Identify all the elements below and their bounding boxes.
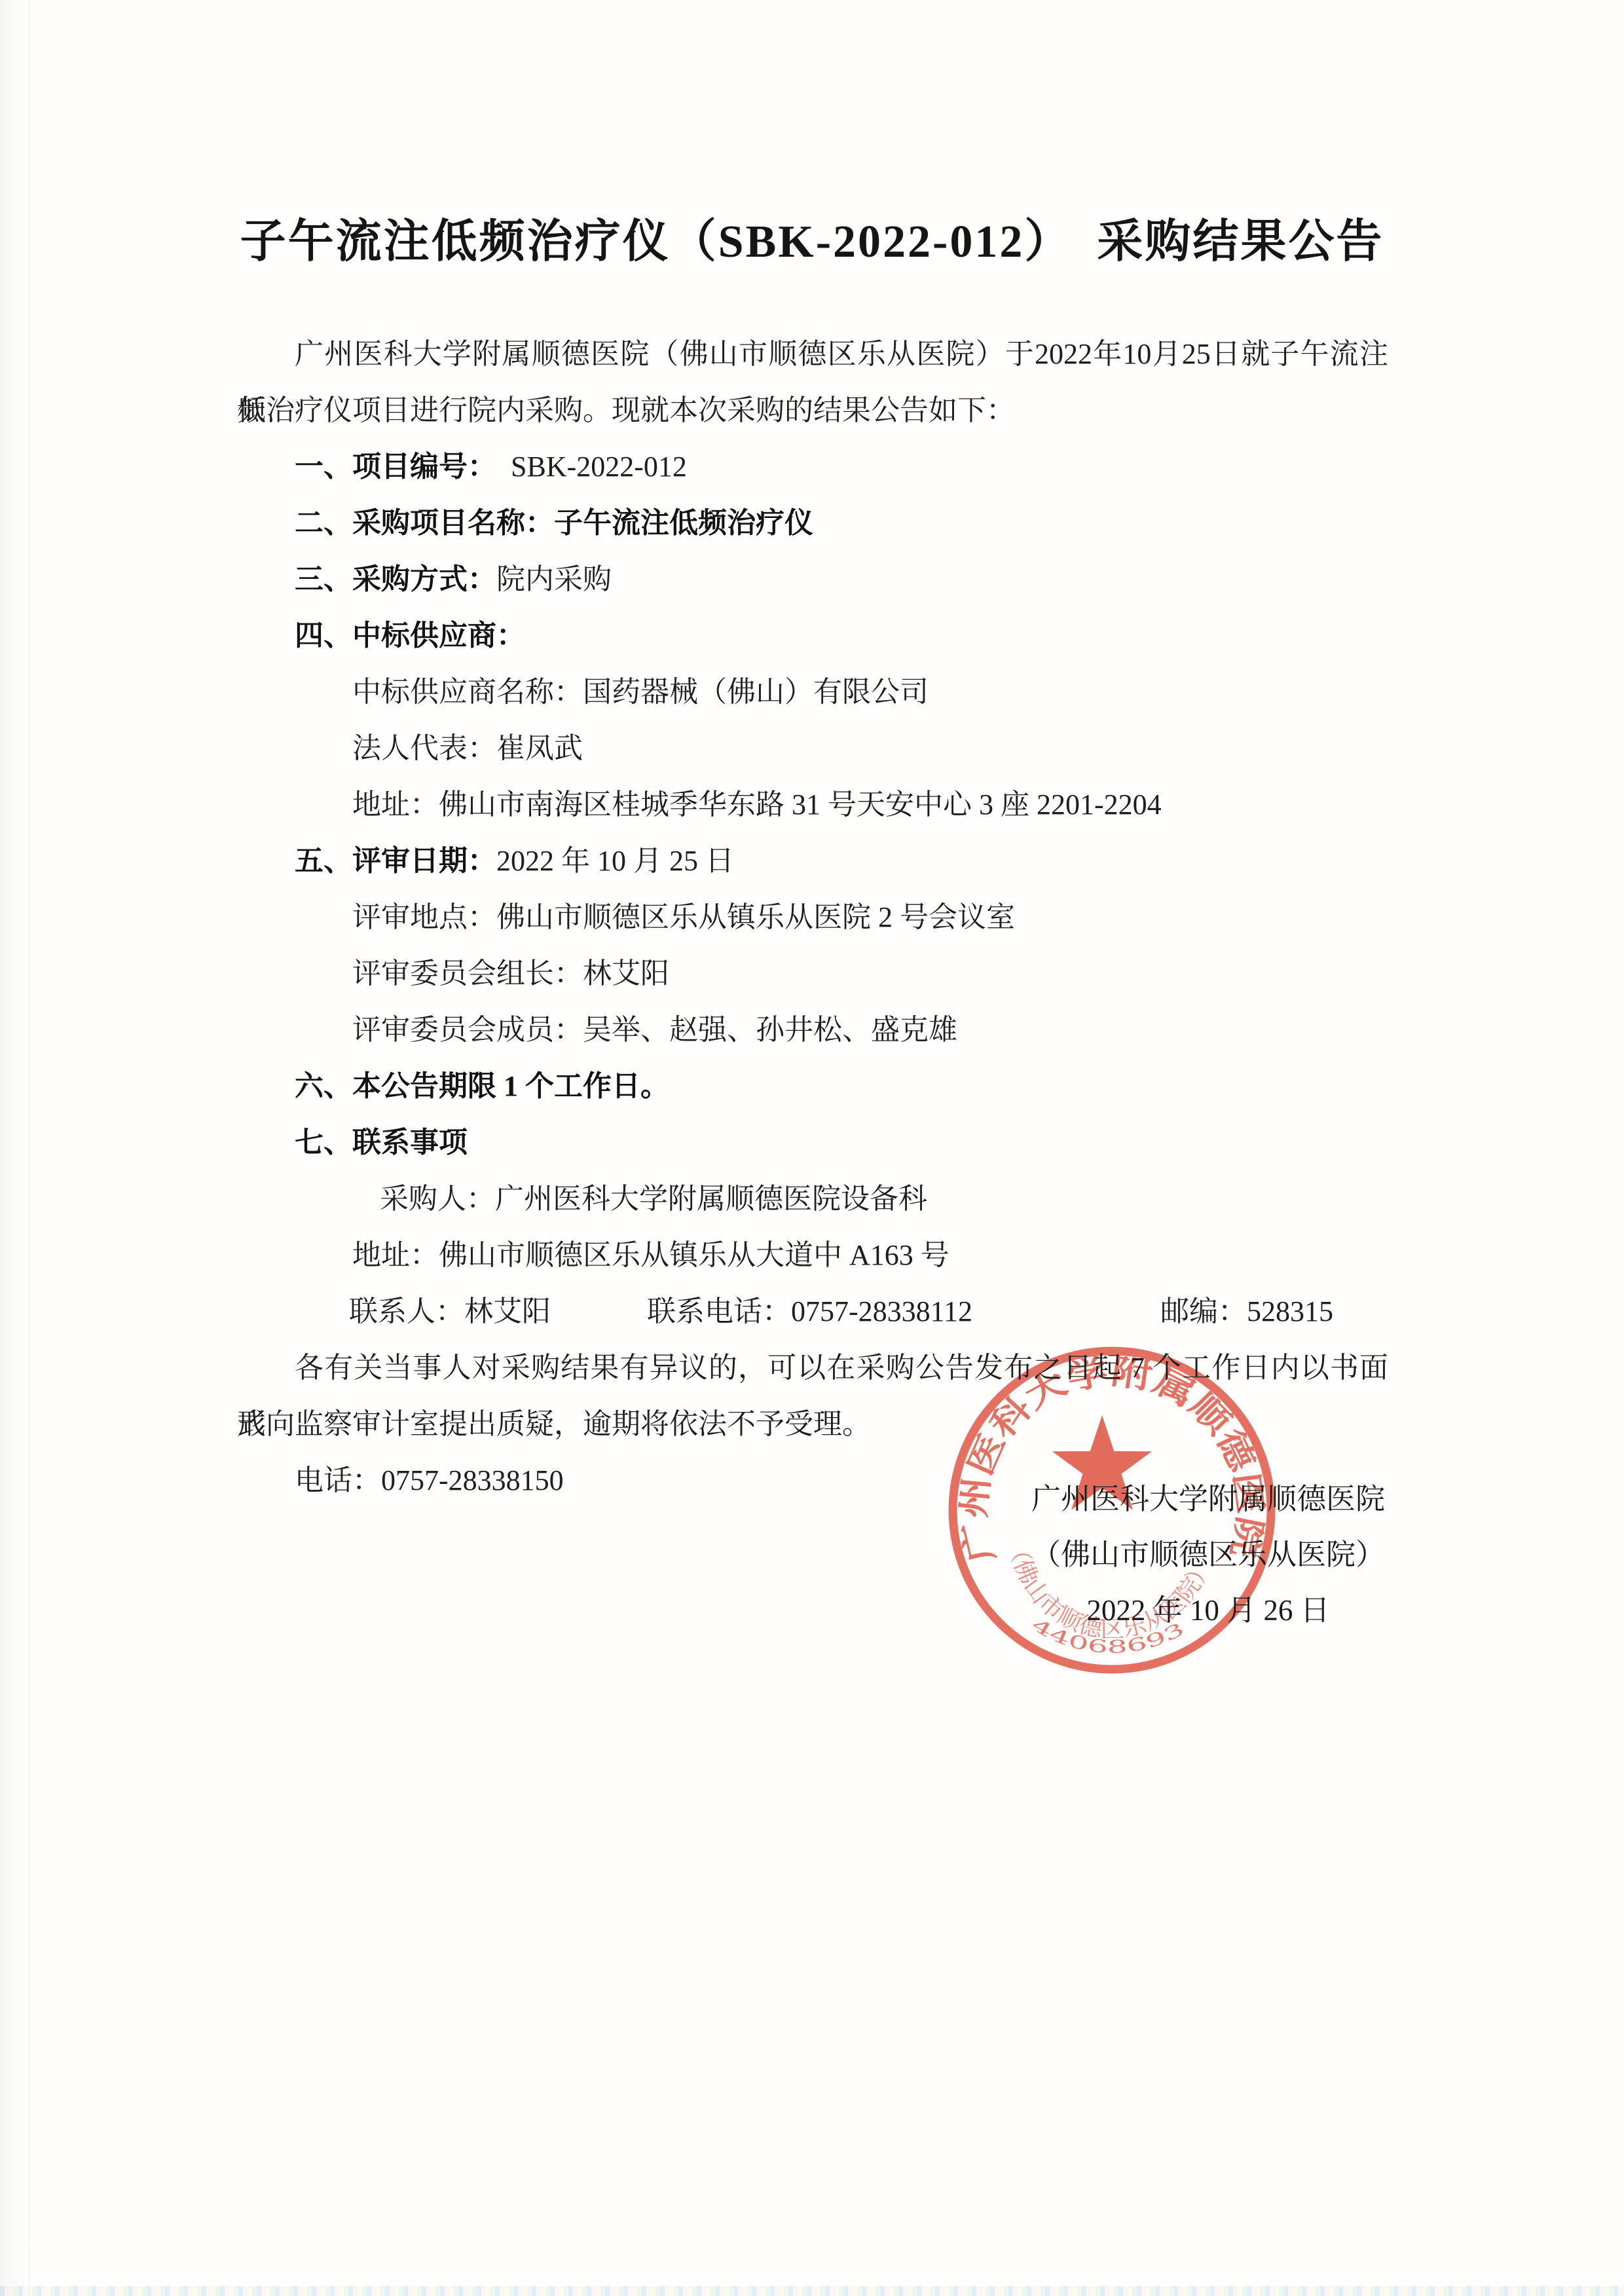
scanned-document-page: 子午流注低频治疗仪（SBK-2022-012） 采购结果公告 广州医科大学附属顺…	[0, 0, 1624, 2296]
body-line: 四、中标供应商：	[237, 608, 1388, 664]
body-line: 六、本公告期限 1 个工作日。	[237, 1058, 1388, 1115]
scan-bottom-artifact-band	[0, 2286, 1624, 2296]
body-line: 中标供应商名称：国药器械（佛山）有限公司	[237, 664, 1388, 720]
body-line: 三、采购方式：院内采购	[237, 551, 1388, 608]
objection-line-2: 式向监察审计室提出质疑，逾期将依法不予受理。	[237, 1396, 1388, 1453]
contact-phone: 联系电话：0757-28338112	[647, 1284, 972, 1340]
signature-org-line2: （佛山市顺德区乐从医院）	[917, 1527, 1500, 1583]
page-title: 子午流注低频治疗仪（SBK-2022-012） 采购结果公告	[0, 204, 1624, 270]
contact-row: 联系人：林艾阳 联系电话：0757-28338112 邮编：528315	[237, 1284, 1388, 1340]
signature-org-line1: 广州医科大学附属顺德医院	[917, 1472, 1500, 1527]
body-line: 七、联系事项	[237, 1115, 1388, 1171]
body-line: 评审地点：佛山市顺德区乐从镇乐从医院 2 号会议室	[237, 889, 1388, 946]
intro-line-1: 广州医科大学附属顺德医院（佛山市顺德区乐从医院）于2022年10月25日就子午流…	[237, 326, 1388, 382]
signature-date: 2022 年 10 月 26 日	[917, 1583, 1500, 1639]
contact-person: 联系人：林艾阳	[349, 1284, 551, 1340]
body-line: 评审委员会组长：林艾阳	[237, 946, 1388, 1002]
scan-left-edge-strip	[0, 0, 29, 2296]
body-line: 二、采购项目名称：子午流注低频治疗仪	[237, 495, 1388, 551]
body-line: 采购人：广州医科大学附属顺德医院设备科	[237, 1171, 1388, 1227]
body-line: 法人代表：崔凤武	[237, 720, 1388, 777]
document-body: 广州医科大学附属顺德医院（佛山市顺德区乐从医院）于2022年10月25日就子午流…	[237, 326, 1388, 1509]
body-line: 地址：佛山市南海区桂城季华东路 31 号天安中心 3 座 2201-2204	[237, 777, 1388, 833]
intro-line-2: 频治疗仪项目进行院内采购。现就本次采购的结果公告如下：	[237, 382, 1388, 439]
body-line: 地址：佛山市顺德区乐从镇乐从大道中 A163 号	[237, 1227, 1388, 1284]
numbered-items: 一、项目编号： SBK-2022-012二、采购项目名称：子午流注低频治疗仪三、…	[237, 439, 1388, 1284]
body-line: 评审委员会成员：吴举、赵强、孙井松、盛克雄	[237, 1002, 1388, 1058]
contact-postcode: 邮编：528315	[1160, 1284, 1333, 1340]
body-line: 一、项目编号： SBK-2022-012	[237, 439, 1388, 495]
signature-block: 广州医科大学附属顺德医院 （佛山市顺德区乐从医院） 2022 年 10 月 26…	[917, 1472, 1500, 1639]
body-line: 五、评审日期：2022 年 10 月 25 日	[237, 833, 1388, 889]
objection-line-1: 各有关当事人对采购结果有异议的，可以在采购公告发布之日起 7 个工作日内以书面形	[237, 1340, 1388, 1396]
